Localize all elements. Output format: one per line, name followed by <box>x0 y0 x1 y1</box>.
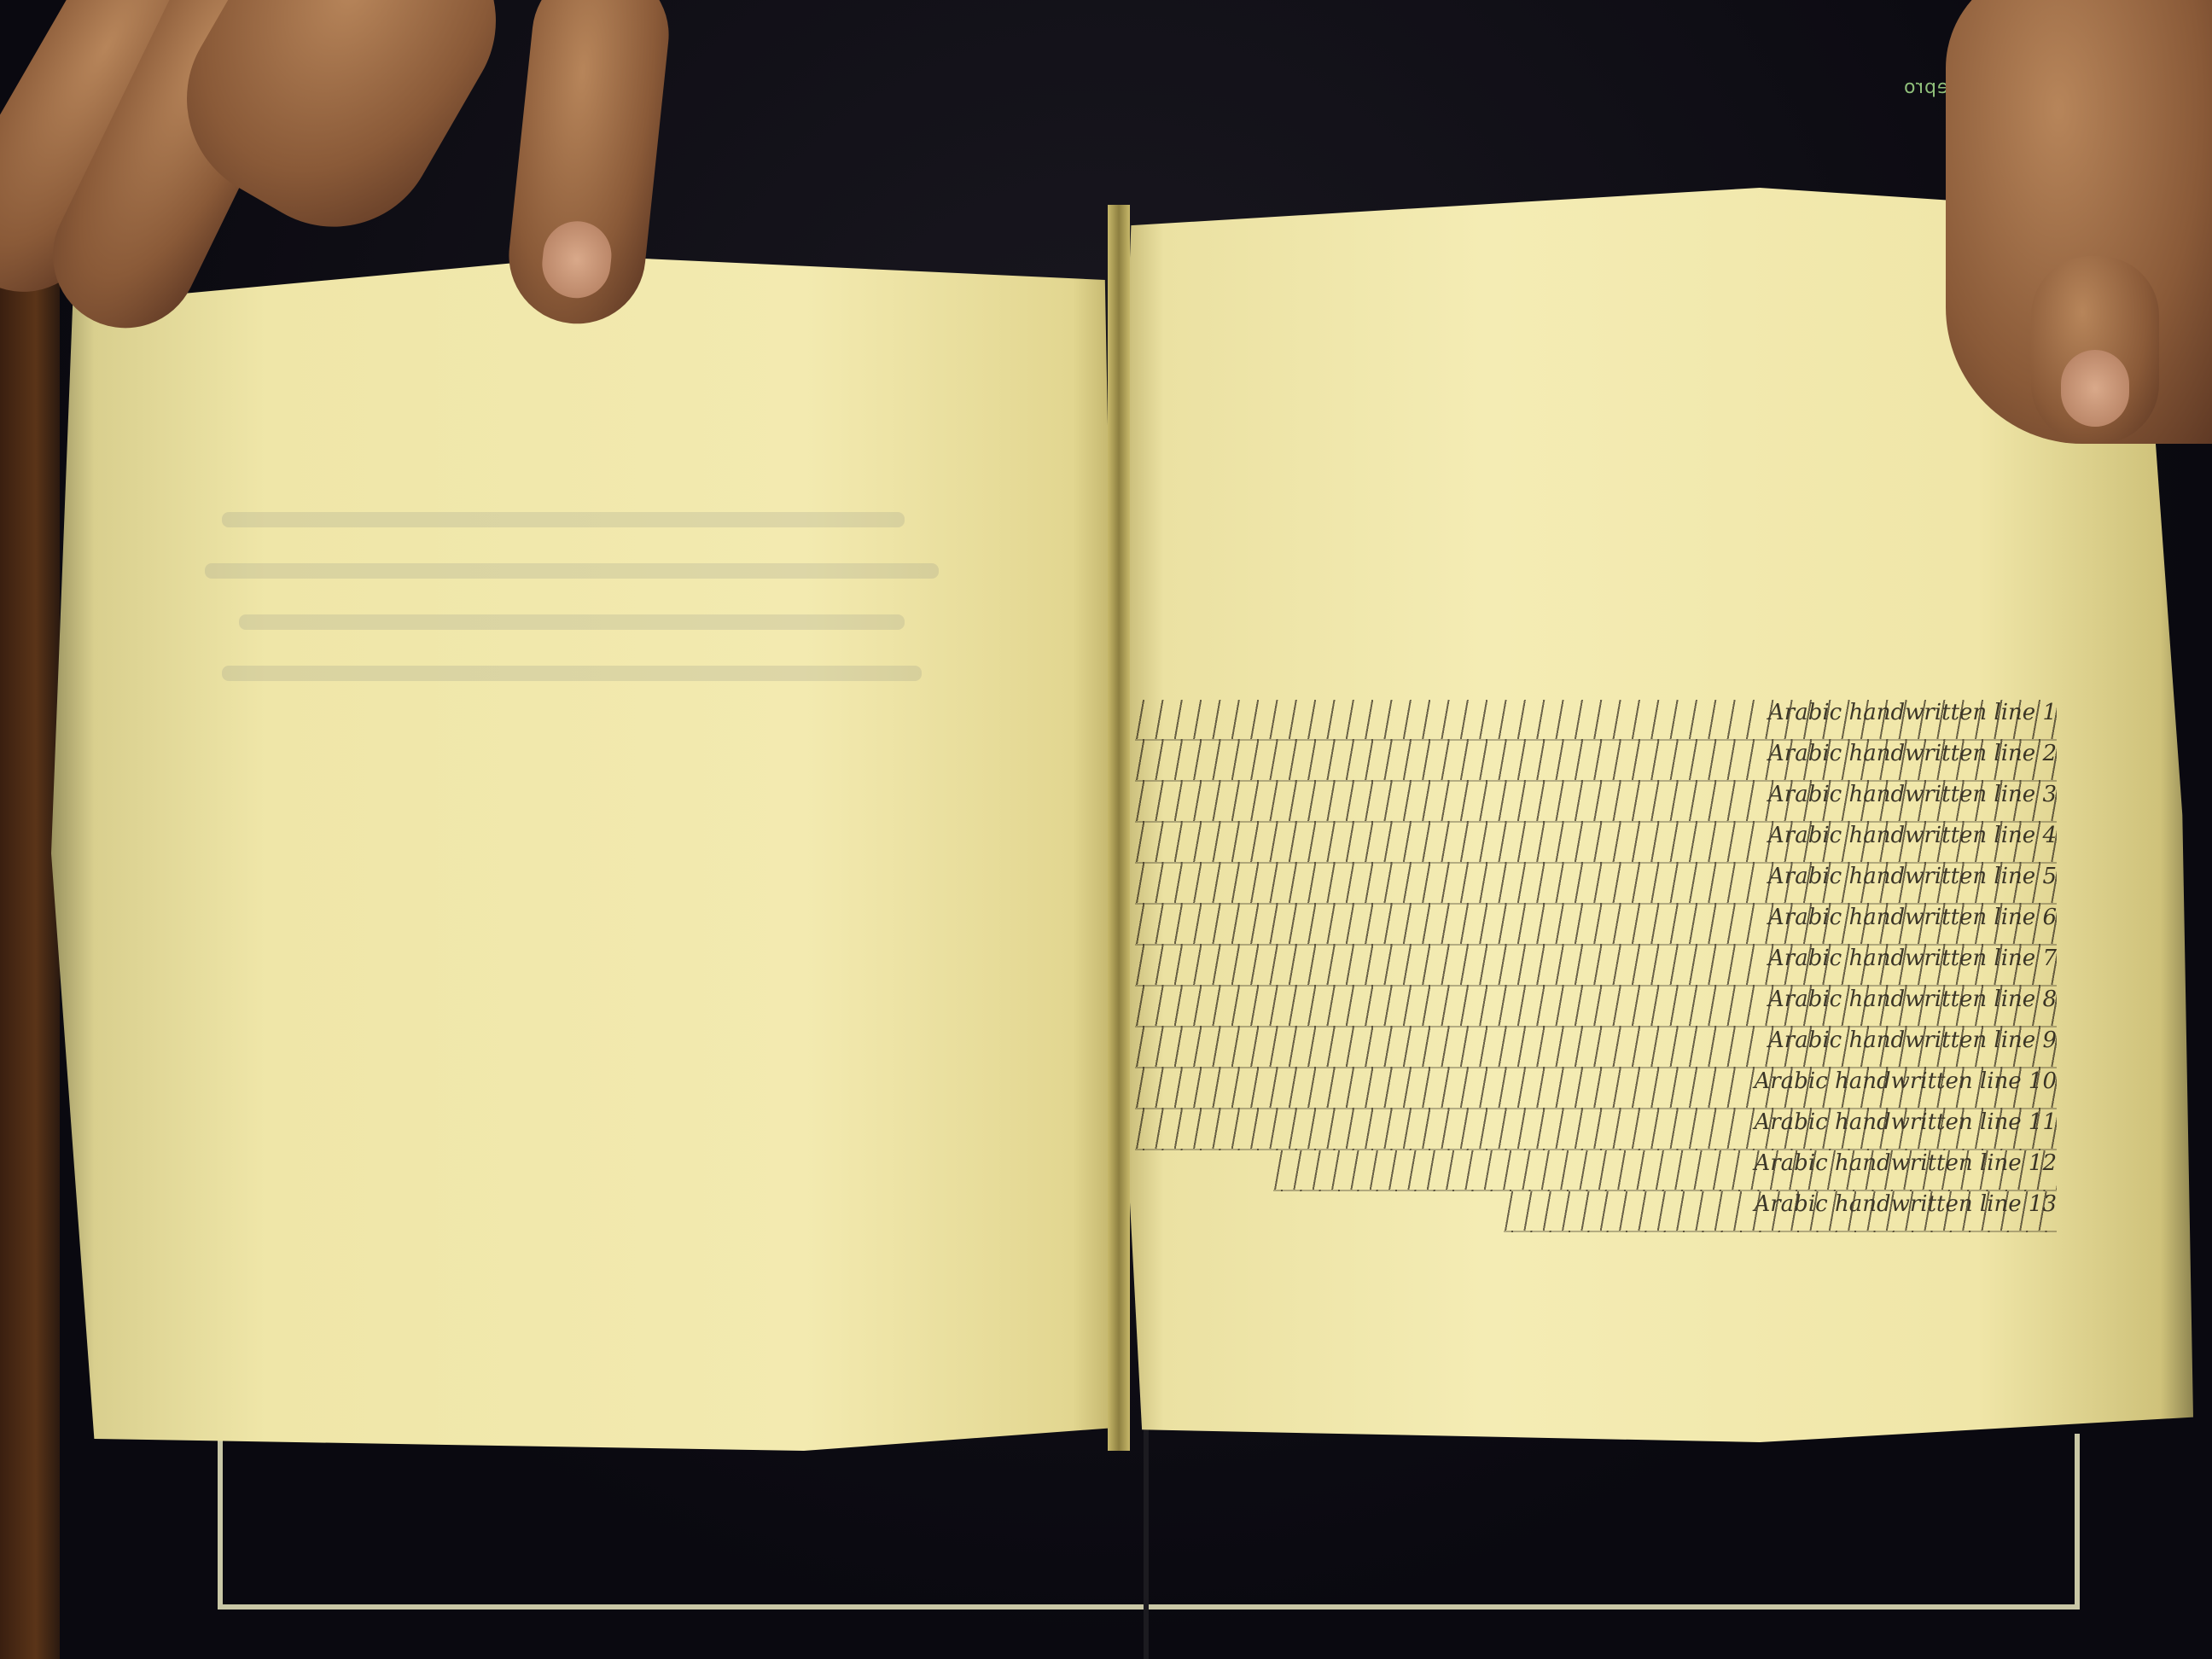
show-through-line <box>222 666 922 681</box>
left-page <box>51 256 1126 1451</box>
text-line: Arabic handwritten line 9 <box>1135 1027 2057 1067</box>
thumbnail <box>538 218 614 301</box>
text-line: Arabic handwritten line 13 <box>1504 1191 2057 1231</box>
text-line: Arabic handwritten line 3 <box>1135 782 2057 821</box>
text-line: Arabic handwritten line 2 <box>1135 741 2057 780</box>
text-line: Arabic handwritten line 8 <box>1135 987 2057 1026</box>
right-hand-thumb <box>2031 256 2159 444</box>
text-line: Arabic handwritten line 4 <box>1135 823 2057 862</box>
text-line: Arabic handwritten line 6 <box>1135 905 2057 944</box>
text-line: Arabic handwritten line 11 <box>1135 1109 2057 1149</box>
copy-stand-divider <box>1144 1417 1149 1659</box>
show-through-line <box>239 614 905 630</box>
text-line: Arabic handwritten line 10 <box>1135 1068 2057 1108</box>
copy-stand-frame <box>218 1434 2080 1610</box>
text-line: Arabic handwritten line 12 <box>1273 1150 2057 1190</box>
text-line: Arabic handwritten line 5 <box>1135 864 2057 903</box>
show-through-line <box>205 563 939 579</box>
handwritten-text-block: Arabic handwritten line 1 Arabic handwri… <box>1135 700 2057 1212</box>
book-gutter <box>1108 205 1130 1451</box>
thumbnail <box>2061 350 2129 427</box>
text-line: Arabic handwritten line 1 <box>1135 700 2057 739</box>
show-through-line <box>222 512 905 527</box>
text-line: Arabic handwritten line 7 <box>1135 946 2057 985</box>
